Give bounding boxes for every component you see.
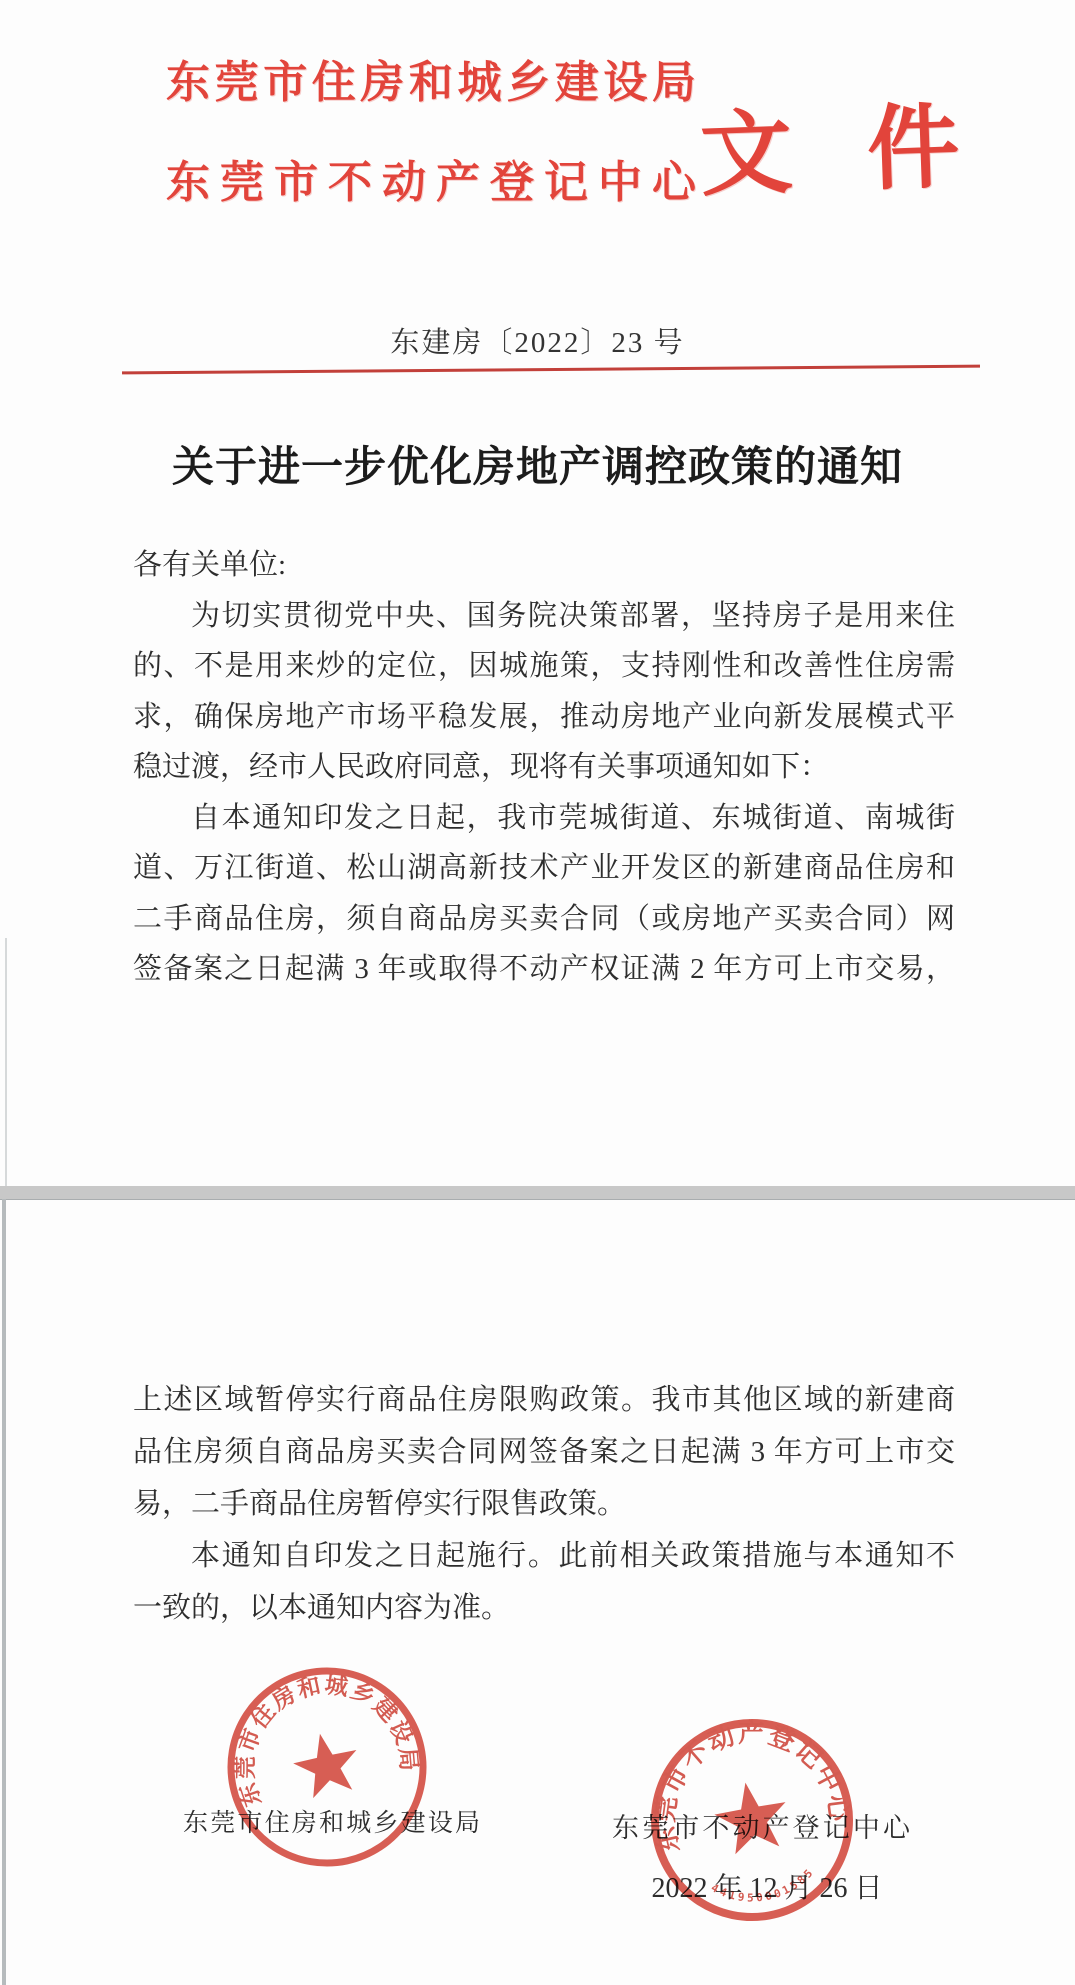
- body-line: 自本通知印发之日起，我市莞城街道、东城街道、南城街: [133, 793, 955, 844]
- page2-left-edge: [2, 1199, 6, 1985]
- letterhead: 东莞市住房和城乡建设局 东莞市不动产登记中心: [166, 54, 696, 212]
- salutation: 各有关单位:: [133, 540, 955, 591]
- scan-edge-artifact: [5, 938, 7, 1186]
- body-line: 品住房须自商品房买卖合同网签备案之日起满 3 年方可上市交: [133, 1426, 955, 1478]
- scanned-official-document: 东莞市住房和城乡建设局 东莞市不动产登记中心 文 件 东建房〔2022〕23 号…: [0, 0, 1075, 1985]
- body-line: 上述区域暂停实行商品住房限购政策。我市其他区域的新建商: [133, 1374, 955, 1426]
- red-separator-rule: [122, 365, 980, 375]
- document-type-label: 文 件: [698, 74, 942, 214]
- body-line: 签备案之日起满 3 年或取得不动产权证满 2 年方可上市交易，: [133, 944, 955, 995]
- official-seal-housing-bureau: 东莞市住房和城乡建设局: [220, 1660, 434, 1874]
- body-line: 一致的，以本通知内容为准。: [133, 1582, 955, 1634]
- seal-star-icon: [288, 1727, 364, 1801]
- body-line: 二手商品住房，须自商品房买卖合同（或房地产买卖合同）网: [133, 894, 955, 945]
- body-line: 稳过渡，经市人民政府同意，现将有关事项通知如下：: [133, 742, 955, 793]
- document-title: 关于进一步优化房地产调控政策的通知: [0, 434, 1075, 494]
- seal-star-icon: [710, 1776, 793, 1856]
- issuer-name-2: 东莞市不动产登记中心: [166, 154, 696, 212]
- page2-body: 上述区域暂停实行商品住房限购政策。我市其他区域的新建商 品住房须自商品房买卖合同…: [133, 1374, 955, 1634]
- page-break-divider: [0, 1186, 1075, 1200]
- body-line: 本通知自印发之日起施行。此前相关政策措施与本通知不: [133, 1530, 955, 1582]
- body-line: 求，确保房地产市场平稳发展，推动房地产业向新发展模式平: [133, 692, 955, 743]
- body-line: 易，二手商品住房暂停实行限售政策。: [133, 1478, 955, 1530]
- body-line: 的、不是用来炒的定位，因城施策，支持刚性和改善性住房需: [133, 641, 955, 692]
- official-seal-registration-center: 东莞市不动产登记中心 441950001585: [642, 1710, 862, 1930]
- document-number: 东建房〔2022〕23 号: [0, 320, 1075, 361]
- body-line: 道、万江街道、松山湖高新技术产业开发区的新建商品住房和: [133, 843, 955, 894]
- page1-body: 各有关单位: 为切实贯彻党中央、国务院决策部署，坚持房子是用来住 的、不是用来炒…: [133, 540, 955, 995]
- issuer-name-1: 东莞市住房和城乡建设局: [166, 54, 696, 112]
- body-line: 为切实贯彻党中央、国务院决策部署，坚持房子是用来住: [133, 591, 955, 642]
